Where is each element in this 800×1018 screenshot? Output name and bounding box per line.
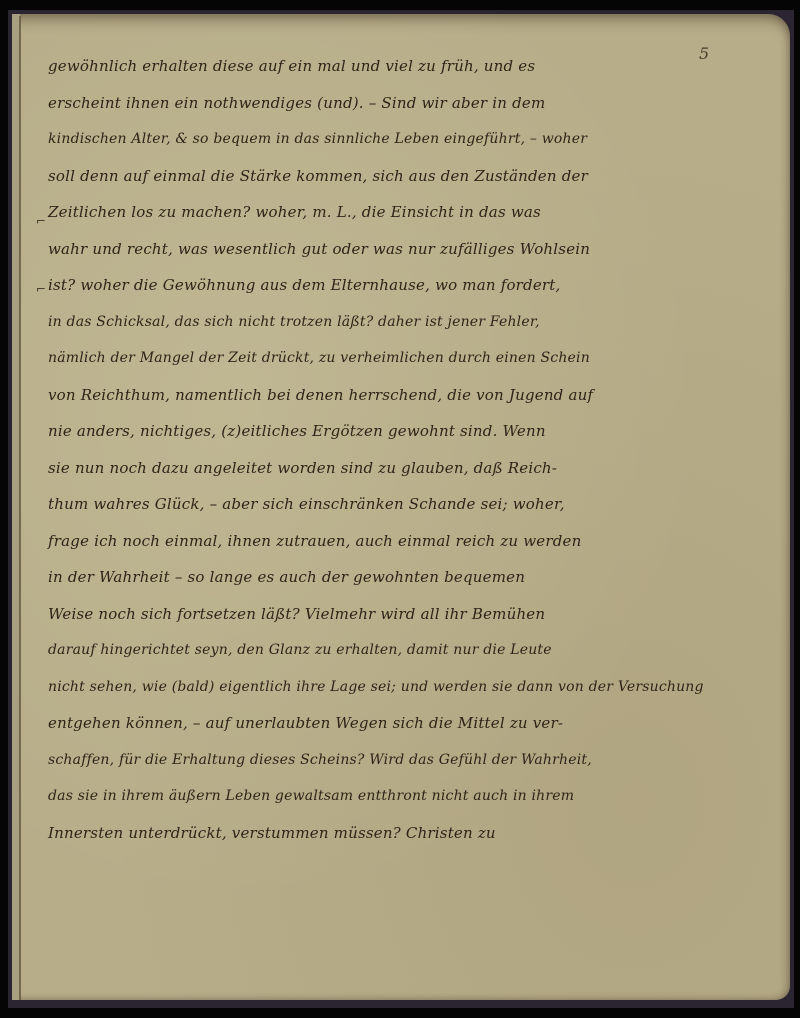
text-line: entgehen können, – auf unerlaubten Wegen… — [48, 705, 748, 742]
text-line: Zeitlichen los zu machen? woher, m. L., … — [48, 194, 748, 231]
text-line: Innersten unterdrückt, verstummen müssen… — [48, 815, 748, 852]
text-line: in das Schicksal, das sich nicht trotzen… — [48, 304, 748, 341]
text-line: schaffen, für die Erhaltung dieses Schei… — [48, 742, 748, 779]
text-line: das sie in ihrem äußern Leben gewaltsam … — [48, 778, 748, 815]
text-line: nicht sehen, wie (bald) eigentlich ihre … — [48, 669, 748, 706]
text-line: von Reichthum, namentlich bei denen herr… — [48, 377, 748, 414]
text-line: nämlich der Mangel der Zeit drückt, zu v… — [48, 340, 748, 377]
text-line: sie nun noch dazu angeleitet worden sind… — [48, 450, 748, 487]
handwritten-text-block: gewöhnlich erhalten diese auf ein mal un… — [48, 48, 748, 851]
text-line: in der Wahrheit – so lange es auch der g… — [48, 559, 748, 596]
text-line: kindischen Alter, & so bequem in das sin… — [48, 121, 748, 158]
text-line: gewöhnlich erhalten diese auf ein mal un… — [48, 48, 748, 85]
margin-mark: ⌐ — [36, 214, 46, 228]
text-line: erscheint ihnen ein nothwendiges (und). … — [48, 85, 748, 122]
binding-gutter-line — [19, 16, 21, 1000]
text-line: thum wahres Glück, – aber sich einschrän… — [48, 486, 748, 523]
text-line: nie anders, nichtiges, (z)eitliches Ergö… — [48, 413, 748, 450]
text-line: Weise noch sich fortsetzen läßt? Vielmeh… — [48, 596, 748, 633]
text-line: wahr und recht, was wesentlich gut oder … — [48, 231, 748, 268]
text-line: soll denn auf einmal die Stärke kommen, … — [48, 158, 748, 195]
text-line: frage ich noch einmal, ihnen zutrauen, a… — [48, 523, 748, 560]
margin-mark: ⌐ — [36, 282, 46, 296]
text-line: ist? woher die Gewöhnung aus dem Elternh… — [48, 267, 748, 304]
text-line: darauf hingerichtet seyn, den Glanz zu e… — [48, 632, 748, 669]
